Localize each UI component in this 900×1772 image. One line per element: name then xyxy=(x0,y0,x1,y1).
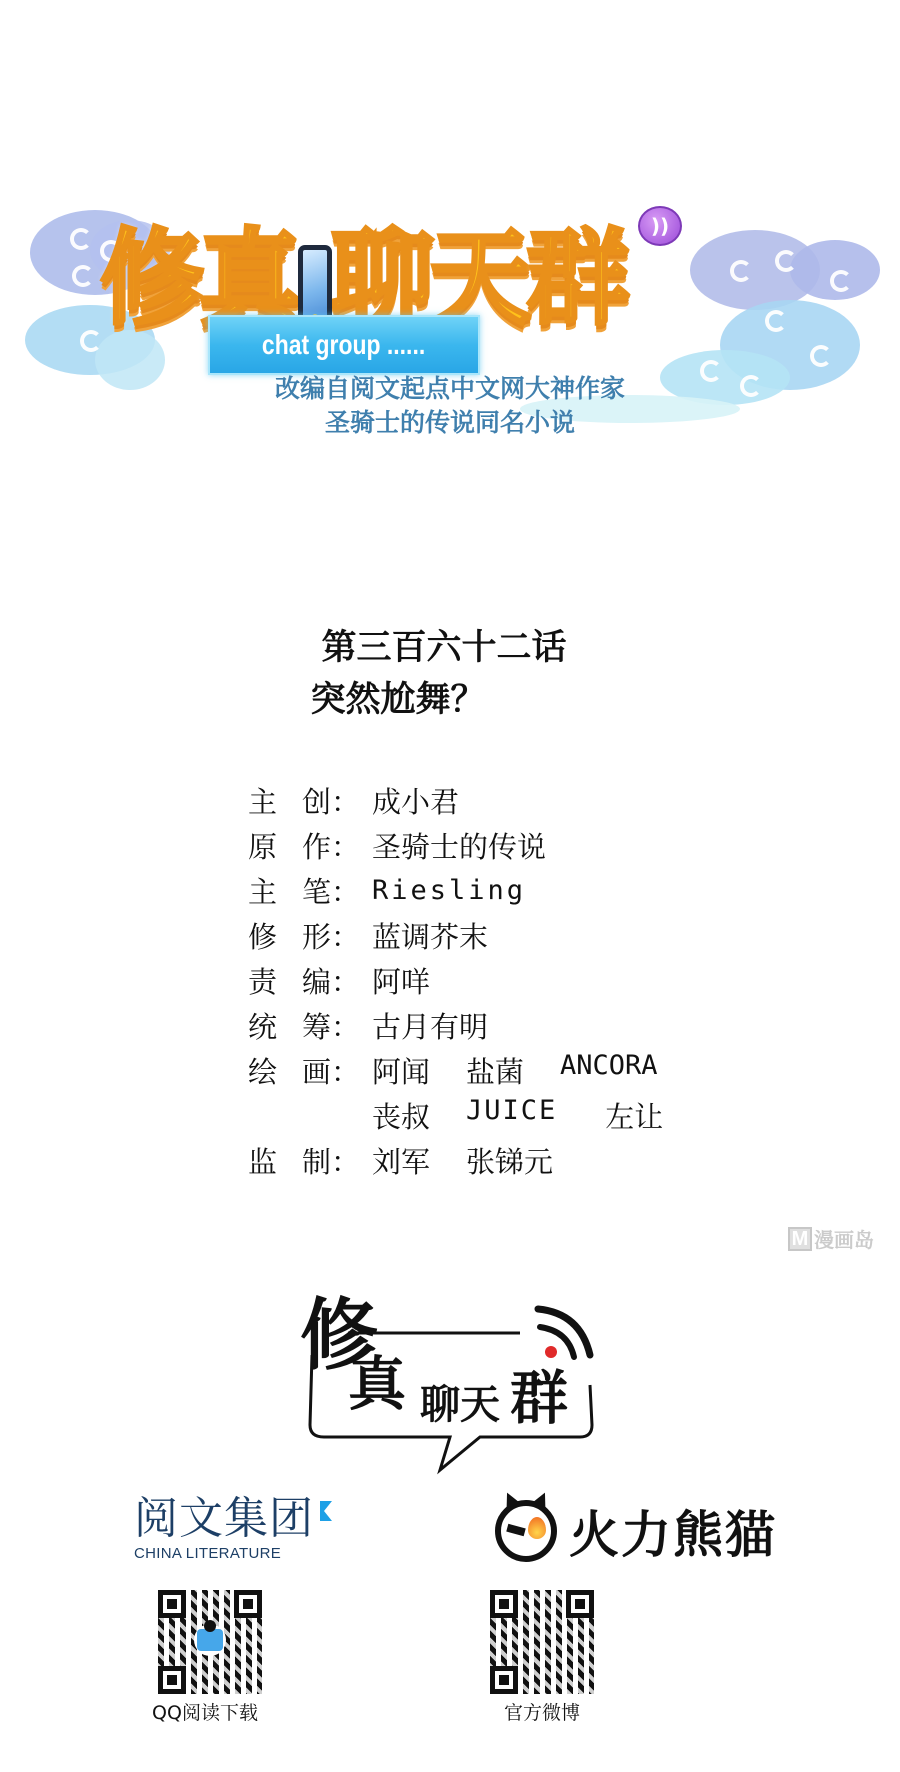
credit-label: 主 xyxy=(248,780,302,821)
credit-label: 编： xyxy=(302,960,360,1001)
credit-value: 刘军 xyxy=(372,1140,430,1181)
title-char: 群 xyxy=(526,226,624,330)
cloud-swirl-icon xyxy=(80,330,102,352)
qr-code-icon xyxy=(490,1590,594,1694)
credit-label: 创： xyxy=(302,780,360,821)
china-literature-en: CHINA LITERATURE xyxy=(134,1545,332,1562)
qr-caption: QQ阅读下载 xyxy=(148,1698,262,1725)
credit-row-illustration: 绘画： 阿闻 盐菌 ANCORA xyxy=(248,1048,699,1093)
huoli-panda-text: 火力熊猫 xyxy=(569,1495,777,1567)
qq-reading-icon xyxy=(194,1624,226,1656)
credit-value: 成小君 xyxy=(372,780,459,821)
qq-reading-qr: QQ阅读下载 xyxy=(158,1590,262,1725)
manhuadao-watermark: M 漫画岛 xyxy=(788,1224,874,1253)
credit-value: 左让 xyxy=(605,1095,663,1136)
credit-value: 张锑元 xyxy=(466,1140,553,1181)
logo-char: 真 xyxy=(348,1355,406,1413)
panda-flame-icon xyxy=(495,1500,557,1562)
credit-row-shaping: 修形： 蓝调芥末 xyxy=(248,913,699,958)
credit-row-producer: 监制： 刘军 张锑元 xyxy=(248,1138,699,1183)
credit-value: 丧叔 xyxy=(372,1095,430,1136)
credit-label: 修 xyxy=(248,915,302,956)
credit-label: 筹： xyxy=(302,1005,360,1046)
qr-caption: 官方微博 xyxy=(490,1698,594,1725)
official-weibo-qr: 官方微博 xyxy=(490,1590,594,1725)
flag-icon xyxy=(320,1501,332,1521)
credit-value: JUICE xyxy=(466,1095,557,1136)
credit-label: 监 xyxy=(248,1140,302,1181)
credit-label: 制： xyxy=(302,1140,360,1181)
credit-row-editor: 责编： 阿咩 xyxy=(248,958,699,1003)
credit-value: 阿咩 xyxy=(372,960,430,1001)
credit-label: 画： xyxy=(302,1050,360,1091)
cloud-swirl-icon xyxy=(765,310,787,332)
credit-row-coordinator: 统筹： 古月有明 xyxy=(248,1003,699,1048)
chapter-number: 第三百六十二话 xyxy=(0,625,894,671)
cloud-swirl-icon xyxy=(70,228,92,250)
cloud-swirl-icon xyxy=(810,345,832,367)
credit-label: 统 xyxy=(248,1005,302,1046)
credits-list: 主创： 成小君 原作： 圣骑士的传说 主笔： Riesling 修形： 蓝调芥末… xyxy=(248,778,699,1183)
wifi-bubble-icon: )) xyxy=(638,206,682,246)
logo-char: 群 xyxy=(510,1369,568,1427)
cloud-decoration xyxy=(790,240,880,300)
m-logo-icon: M xyxy=(788,1227,812,1251)
china-literature-logo: 阅文集团 CHINA LITERATURE xyxy=(134,1495,332,1562)
title-char: 修 xyxy=(100,226,198,330)
phone-icon xyxy=(298,245,332,323)
credit-label: 形： xyxy=(302,915,360,956)
cloud-swirl-icon xyxy=(775,250,797,272)
credit-value: 古月有明 xyxy=(372,1005,488,1046)
credit-value: 圣骑士的传说 xyxy=(372,825,546,866)
speech-bubble-logo: 修 真 聊天 群 xyxy=(290,1285,620,1475)
credit-label: 作： xyxy=(302,825,360,866)
cloud-swirl-icon xyxy=(730,260,752,282)
adaptation-note-line2: 圣骑士的传说同名小说 xyxy=(0,406,900,440)
cloud-swirl-icon xyxy=(72,265,94,287)
china-literature-cn: 阅文集团 xyxy=(134,1495,314,1543)
qr-code-icon xyxy=(158,1590,262,1694)
credit-value: 阿闻 xyxy=(372,1050,430,1091)
credit-row-creator: 主创： 成小君 xyxy=(248,778,699,823)
credit-label: 责 xyxy=(248,960,302,1001)
credit-value: 蓝调芥末 xyxy=(372,915,488,956)
credit-row-original: 原作： 圣骑士的传说 xyxy=(248,823,699,868)
logo-text: 聊天 xyxy=(420,1385,500,1425)
credit-label: 笔： xyxy=(302,870,360,911)
credit-label: 原 xyxy=(248,825,302,866)
credit-label: 主 xyxy=(248,870,302,911)
credit-row-lead-artist: 主笔： Riesling xyxy=(248,868,699,913)
watermark-text: 漫画岛 xyxy=(814,1224,874,1253)
credit-value: 盐菌 xyxy=(466,1050,524,1091)
credit-value: ANCORA xyxy=(560,1050,658,1091)
adaptation-note-line1: 改编自阅文起点中文网大神作家 xyxy=(0,372,900,406)
cloud-swirl-icon xyxy=(830,270,852,292)
credit-value: Riesling xyxy=(372,875,526,906)
chat-group-label: chat group ...... xyxy=(262,329,425,361)
credit-row-illustration-cont: 主画： 丧叔 JUICE 左让 xyxy=(248,1093,699,1138)
credit-label: 绘 xyxy=(248,1050,302,1091)
chat-group-badge: chat group ...... xyxy=(208,315,480,375)
huoli-panda-logo: 火力熊猫 xyxy=(495,1495,777,1567)
chapter-name: 突然尬舞？ xyxy=(0,677,848,723)
